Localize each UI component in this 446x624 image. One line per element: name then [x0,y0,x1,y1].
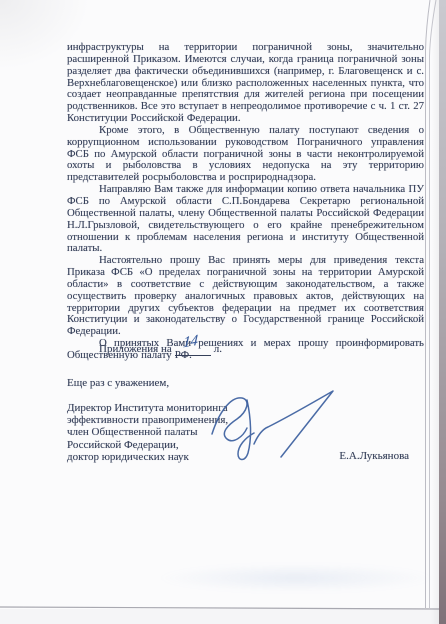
body-paragraph: инфраструктуры на территории пограничной… [67,42,424,125]
scanned-letter-page: инфраструктуры на территории пограничной… [0,0,446,624]
signatory-name-line: Е.А.Лукьянова [67,450,423,462]
attachments-label: Приложения на [99,343,172,355]
book-spine-edge [439,0,446,624]
signature-title-line: Российской Федерации, [67,439,267,451]
attachments-suffix: л. [214,343,222,355]
signature-title-line: член Общественной палаты [67,426,267,438]
attachments-line: Приложения на14л. [99,341,222,356]
page-curl-line [426,0,431,608]
body-paragraph: Настоятельно прошу Вас принять меры для … [67,255,424,338]
signature-title-line: эффективности правоприменения, [67,414,267,426]
signatory-name: Е.А.Лукьянова [339,450,409,462]
body-paragraph: Направляю Вам также для информации копию… [67,184,424,255]
attachments-count-underline: 14 [175,341,211,356]
handwritten-page-count: 14 [182,334,198,351]
page-edge-shadow [431,0,439,624]
letter-body: инфраструктуры на территории пограничной… [67,42,424,362]
bleedthrough-smudge [160,564,432,592]
signature-title-line: Директор Института мониторинга [67,402,267,414]
closing-salutation: Еще раз с уважением, [67,377,169,389]
body-paragraph: Кроме этого, в Общественную палату посту… [67,125,424,184]
scanner-background [0,609,439,624]
